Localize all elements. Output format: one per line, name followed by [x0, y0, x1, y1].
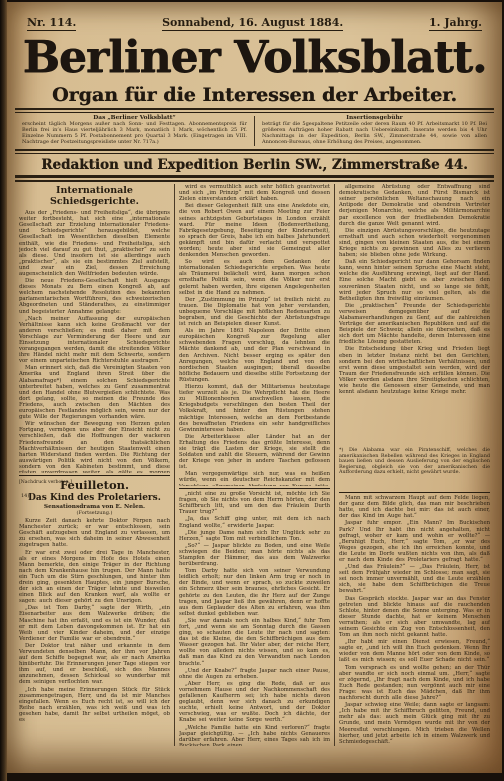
paragraph: Jaspar schwieg eine Weile; dann sagte er…: [339, 702, 490, 745]
paragraph: Er war erst zwei oder drei Tage in Manch…: [19, 550, 170, 605]
lead-article-col2: wird es vermuthlich auch sehr höflich ge…: [179, 184, 330, 486]
article-text: Aus der „Friedens- und Freiheitsliga“, d…: [19, 210, 170, 473]
paragraph: Wir wünschen der Bewegung von Herzen gut…: [19, 421, 170, 473]
reprint-notice: [Nachdruck verboten.]: [19, 480, 72, 485]
paragraph: „So?“ — Jaspar blickte zu Boden, und ein…: [179, 543, 330, 567]
paragraph: Tom versprach es und wollte gehen; an de…: [339, 665, 490, 702]
paragraph: Daß ein Schiedsgericht nur dann Gehorsam…: [339, 259, 490, 302]
issue-number: Nr. 114.: [27, 16, 76, 31]
imprint-block: Das „Berliner Volksblatt“ erscheint tägl…: [15, 114, 494, 148]
paragraph: allgemeine Abrüstung oder Entwaffnung si…: [339, 184, 490, 227]
dateline: Nr. 114. Sonnabend, 16. August 1884. 1. …: [15, 6, 494, 31]
paragraph: Die einzigen Abrüstungsvorschläge, die h…: [339, 228, 490, 258]
paragraph: „Sie war damals noch ein halbes Kind,“ f…: [179, 618, 330, 667]
paragraph: „Nach meiner Auffassung der europäischen…: [19, 316, 170, 365]
subscription-info: Das „Berliner Volksblatt“ erscheint tägl…: [15, 116, 254, 146]
paragraph: „Aber Herr, es ging die Rede, daß er aus…: [179, 681, 330, 724]
paragraph: Die „praktischen“ Freunde der Schiedsger…: [339, 303, 490, 346]
paragraph: „Welche Familie hatte ein Kind verloren?…: [179, 725, 330, 747]
paragraph: Bei dieser Gelegenheit fällt uns eine An…: [179, 203, 330, 258]
article-headline: Internationale Schiedsgerichte.: [19, 185, 170, 207]
paragraph: „Ihr habt mir einen Dienst erwiesen, Fre…: [339, 639, 490, 663]
paragraph: Aus der „Friedens- und Freiheitsliga“, d…: [19, 210, 170, 277]
newspaper-scan: Nr. 114. Sonnabend, 16. August 1884. 1. …: [0, 0, 504, 781]
paragraph: Kurze Zeit danach kehrte Doktor Férpen n…: [19, 518, 170, 548]
paragraph: „Die junge Dame nahm sich Ihr Unglück se…: [179, 530, 330, 542]
feuilleton-rule: [19, 475, 170, 476]
feuilleton-header: [Nachdruck verboten.] 14) Feuilleton. Da…: [19, 478, 170, 516]
paragraph: Man erinnert sich, daß die Vereinigten S…: [19, 365, 170, 420]
paragraph: „Und das Fräulein?“ — „Das Fräulein, Her…: [339, 564, 490, 594]
paragraph: So wird es auch dem Gedanken der interna…: [179, 259, 330, 296]
paragraph: Man vergegenwärtige sich nur, was es hei…: [179, 471, 330, 486]
feuilleton-text-col1: Kurze Zeit danach kehrte Doktor Férpen n…: [19, 518, 170, 724]
column-3: allgemeine Abrüstung oder Entwaffnung si…: [334, 184, 494, 746]
feuilleton-rule: [339, 492, 490, 493]
paragraph: Der „Zustimmung im Prinzip“ ist freilich…: [179, 297, 330, 327]
paragraph: wird es vermuthlich auch sehr höflich ge…: [179, 184, 330, 202]
rule: [15, 149, 494, 154]
paragraph: Jaspar fuhr empor. „Ein Mann? Im Buckisc…: [339, 520, 490, 563]
paragraph: Als im Jahre 1863 Napoleon der Dritte ei…: [179, 328, 330, 383]
binding-edge: [0, 0, 7, 781]
paragraph: Mann mit schwarzem Haupt auf dem Felde l…: [339, 495, 490, 519]
paragraph: Tom Darby hatte sich von seiner Verwundu…: [179, 568, 330, 617]
address-line: Redaktion und Expedition Berlin SW., Zim…: [15, 157, 494, 173]
subtitle: Organ für die Interessen der Arbeiter.: [15, 84, 494, 106]
paragraph: Die Arbeiterklasse aller Länder hat an d…: [179, 434, 330, 471]
paragraph: „nicht eine zu große Vorsicht ist, möcht…: [179, 491, 330, 515]
feuilleton-text-col3: Mann mit schwarzem Haupt auf dem Felde l…: [339, 495, 490, 746]
paragraph: „Und der Knabe?“ fragte Jaspar nach eine…: [179, 668, 330, 680]
subscription-text: erscheint täglich Morgens außer nach Son…: [22, 121, 247, 145]
column-1: Internationale Schiedsgerichte. Aus der …: [15, 184, 174, 746]
advertising-info: Insertionsgebühr beträgt für die 5gespal…: [254, 116, 494, 146]
paragraph: Die neue Friedens-Gesellschaft hielt Aus…: [19, 278, 170, 315]
advertising-text: beträgt für die 5gespaltene Petitzeile o…: [262, 121, 487, 145]
lead-article-col1: Internationale Schiedsgerichte. Aus der …: [19, 184, 170, 473]
paragraph: Das Gespräch stockte. Jaspar war an das …: [339, 596, 490, 639]
paragraph: Der Doktor trat näher und erkannte in de…: [19, 643, 170, 686]
paragraph: Hierzu kommt, daß der Militarismus heutz…: [179, 384, 330, 433]
lead-article-col3: allgemeine Abrüstung oder Entwaffnung si…: [339, 184, 490, 444]
body-columns: Internationale Schiedsgerichte. Aus der …: [15, 184, 494, 746]
paragraph: Die Entscheidung über Krieg und Frieden …: [339, 346, 490, 395]
rule: [15, 108, 494, 113]
newspaper-page: Nr. 114. Sonnabend, 16. August 1884. 1. …: [7, 2, 502, 773]
rule: [15, 175, 494, 182]
feuilleton-text-col2: „nicht eine zu große Vorsicht ist, möcht…: [179, 491, 330, 746]
date: Sonnabend, 16. August 1884.: [162, 16, 343, 31]
installment-number: 14): [21, 493, 29, 499]
alabama-footnote: *) Die Alabama war ein Piratenschiff, we…: [339, 446, 490, 490]
paragraph: „Ja, das Schiff ging unter, mit dem ich …: [179, 516, 330, 528]
paragraph: „Ich habe meine Erinnerungen Stück für S…: [19, 687, 170, 724]
masthead-title: Berliner Volksblatt.: [15, 32, 494, 83]
feuilleton-rule: [179, 488, 330, 489]
column-2: wird es vermuthlich auch sehr höflich ge…: [174, 184, 334, 746]
paragraph: „Das ist Tom Darby,“ sagte der Wirth, „e…: [19, 605, 170, 642]
story-title: Das Kind des Proletariers.: [19, 493, 170, 503]
volume: 1. Jahrg.: [429, 16, 482, 31]
continuation-note: (Fortsetzung.): [19, 510, 170, 516]
